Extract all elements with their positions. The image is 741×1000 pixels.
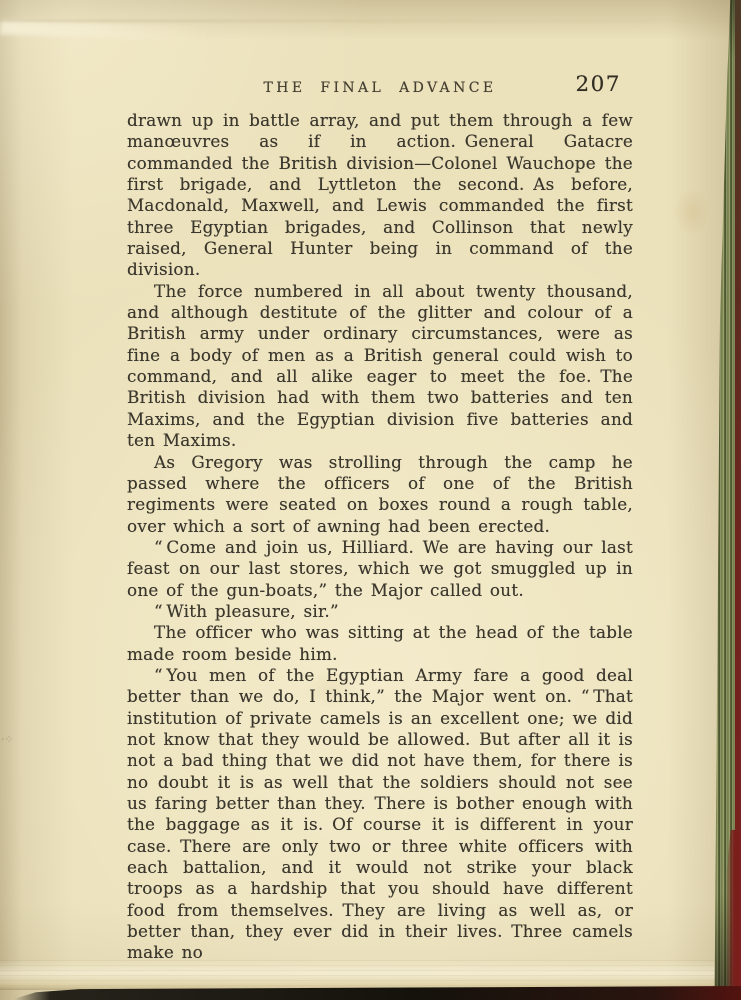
paragraph: As Gregory was strolling through the cam… <box>127 452 633 537</box>
book-cover-corner <box>726 830 741 1000</box>
paragraph: The officer who was sitting at the head … <box>127 622 633 665</box>
paragraph: “ With pleasure, sir.” <box>127 601 633 622</box>
paragraph: drawn up in battle array, and put them t… <box>127 110 633 281</box>
paragraph: “ Come and join us, Hilliard. We are hav… <box>127 537 633 601</box>
top-left-crease-highlight <box>0 21 250 42</box>
paragraph: The force numbered in all about twenty t… <box>127 281 633 452</box>
paragraph: “ You men of the Egyptian Army fare a go… <box>127 665 633 964</box>
page-paper: THE FINAL ADVANCE 207 drawn up in battle… <box>0 0 733 1000</box>
text-block: drawn up in battle array, and put them t… <box>127 110 633 964</box>
chapter-title: THE FINAL ADVANCE <box>264 80 497 96</box>
bottom-page-edges <box>0 960 715 990</box>
margin-smudge: ·⁘ <box>1 733 14 746</box>
page-number: 207 <box>575 72 621 97</box>
page-top-crease <box>0 20 741 22</box>
scanned-book-page: THE FINAL ADVANCE 207 drawn up in battle… <box>0 0 741 1000</box>
running-header: THE FINAL ADVANCE 207 <box>127 74 633 102</box>
